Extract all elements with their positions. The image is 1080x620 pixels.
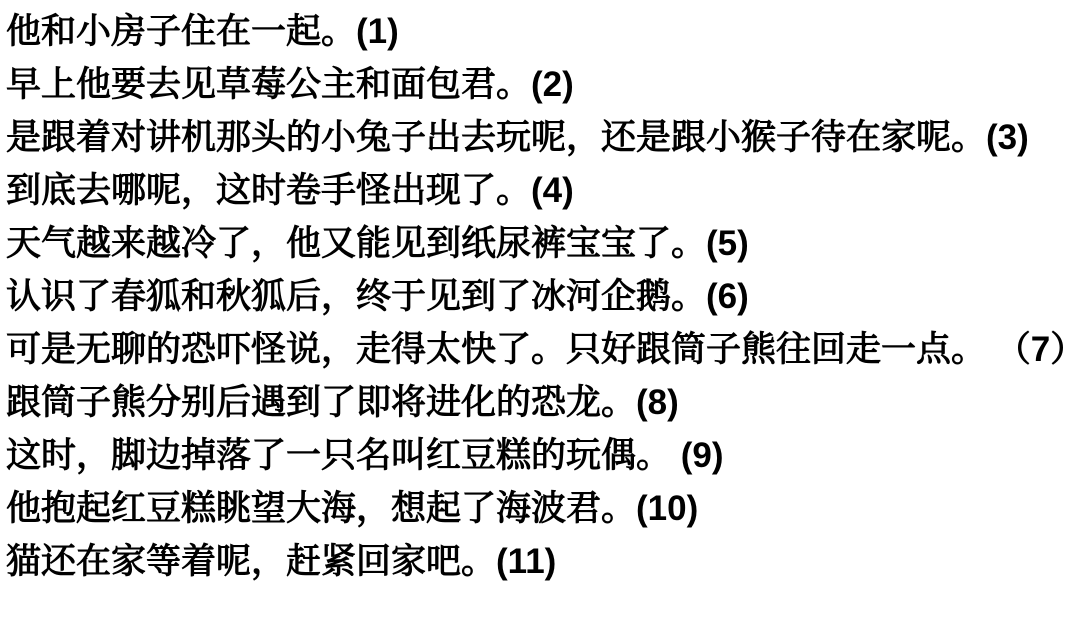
story-line-3: 是跟着对讲机那头的小兔子出去玩呢，还是跟小猴子待在家呢。(3): [6, 111, 1076, 164]
story-line-1: 他和小房子住在一起。(1): [6, 5, 1076, 58]
story-line-8: 跟筒子熊分别后遇到了即将进化的恐龙。(8): [6, 376, 1076, 429]
story-line-7: 可是无聊的恐吓怪说，走得太快了。只好跟筒子熊往回走一点。 （7）: [6, 323, 1076, 376]
story-line-6: 认识了春狐和秋狐后，终于见到了冰河企鹅。(6): [6, 270, 1076, 323]
story-line-2: 早上他要去见草莓公主和面包君。(2): [6, 58, 1076, 111]
story-line-4: 到底去哪呢，这时卷手怪出现了。(4): [6, 164, 1076, 217]
story-line-11: 猫还在家等着呢，赶紧回家吧。(11): [6, 535, 1076, 588]
story-line-5: 天气越来越冷了，他又能见到纸尿裤宝宝了。(5): [6, 217, 1076, 270]
story-text-page: 他和小房子住在一起。(1) 早上他要去见草莓公主和面包君。(2) 是跟着对讲机那…: [0, 0, 1080, 620]
story-line-10: 他抱起红豆糕眺望大海，想起了海波君。(10): [6, 482, 1076, 535]
story-line-9: 这时，脚边掉落了一只名叫红豆糕的玩偶。 (9): [6, 429, 1076, 482]
